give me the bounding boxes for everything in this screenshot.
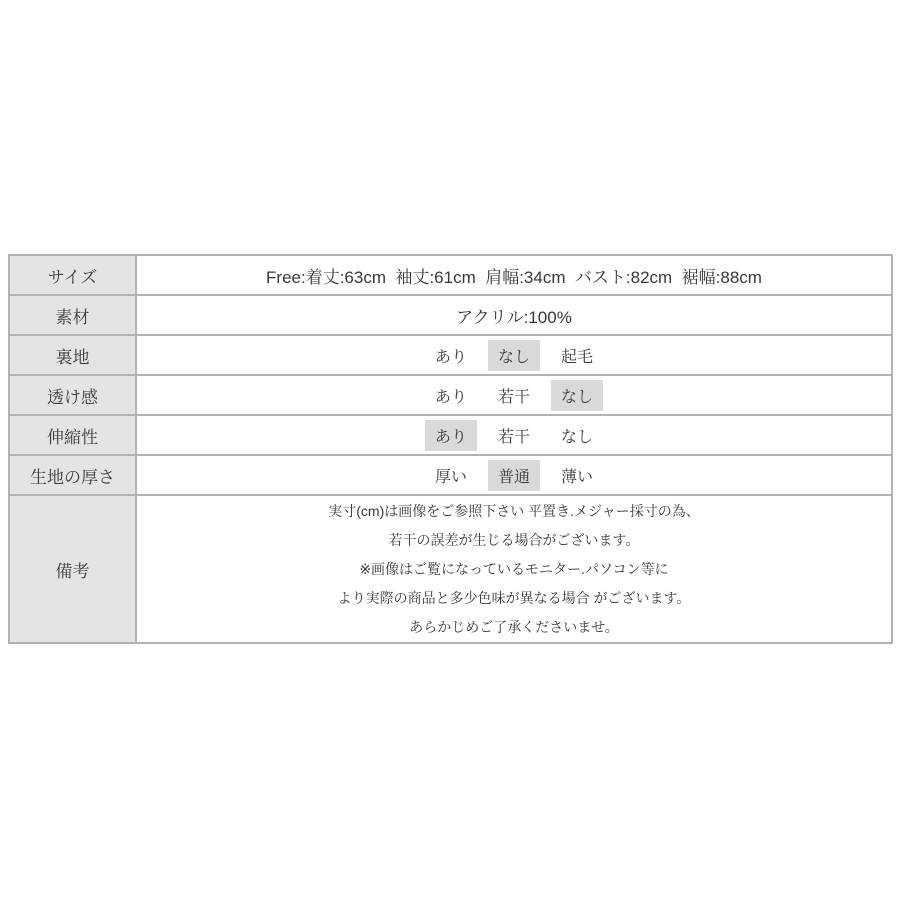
- notes-line: 実寸(cm)は画像をご参照下さい 平置き.メジャー採寸の為、: [137, 497, 891, 526]
- row-label-notes: 備考: [9, 495, 136, 643]
- table-row-lining: 裏地 あり なし 起毛: [9, 335, 892, 375]
- product-spec-page: サイズ Free:着丈:63cm 袖丈:61cm 肩幅:34cm バスト:82c…: [0, 0, 900, 900]
- notes-line: あらかじめご了承くださいませ。: [137, 613, 891, 642]
- size-value: Free:着丈:63cm 袖丈:61cm 肩幅:34cm バスト:82cm 裾幅…: [136, 255, 892, 295]
- option-ari: あり: [425, 340, 477, 371]
- option-usui: 薄い: [551, 460, 603, 491]
- product-spec-table: サイズ Free:着丈:63cm 袖丈:61cm 肩幅:34cm バスト:82c…: [8, 254, 893, 644]
- option-jakkan: 若干: [488, 420, 540, 451]
- stretch-value: あり 若干 なし: [136, 415, 892, 455]
- option-ari: あり: [425, 380, 477, 411]
- material-value: アクリル:100%: [136, 295, 892, 335]
- table-row-thickness: 生地の厚さ 厚い 普通 薄い: [9, 455, 892, 495]
- table-row-notes: 備考 実寸(cm)は画像をご参照下さい 平置き.メジャー採寸の為、 若干の誤差が…: [9, 495, 892, 643]
- table-row-material: 素材 アクリル:100%: [9, 295, 892, 335]
- option-nashi: なし: [551, 420, 603, 451]
- table-row-size: サイズ Free:着丈:63cm 袖丈:61cm 肩幅:34cm バスト:82c…: [9, 255, 892, 295]
- thickness-value: 厚い 普通 薄い: [136, 455, 892, 495]
- option-atsui: 厚い: [425, 460, 477, 491]
- option-nashi: なし: [551, 380, 603, 411]
- notes-line: ※画像はご覧になっているモニター.パソコン等に: [137, 555, 891, 584]
- stretch-options: あり 若干 なし: [137, 420, 891, 451]
- table-row-sheerness: 透け感 あり 若干 なし: [9, 375, 892, 415]
- sheerness-value: あり 若干 なし: [136, 375, 892, 415]
- row-label-sheerness: 透け感: [9, 375, 136, 415]
- table-row-stretch: 伸縮性 あり 若干 なし: [9, 415, 892, 455]
- row-label-lining: 裏地: [9, 335, 136, 375]
- notes-line: より実際の商品と多少色味が異なる場合 がございます。: [137, 584, 891, 613]
- option-ari: あり: [425, 420, 477, 451]
- option-kimou: 起毛: [551, 340, 603, 371]
- lining-options: あり なし 起毛: [137, 340, 891, 371]
- option-jakkan: 若干: [488, 380, 540, 411]
- sheerness-options: あり 若干 なし: [137, 380, 891, 411]
- lining-value: あり なし 起毛: [136, 335, 892, 375]
- thickness-options: 厚い 普通 薄い: [137, 460, 891, 491]
- row-label-size: サイズ: [9, 255, 136, 295]
- row-label-thickness: 生地の厚さ: [9, 455, 136, 495]
- row-label-material: 素材: [9, 295, 136, 335]
- notes-value: 実寸(cm)は画像をご参照下さい 平置き.メジャー採寸の為、 若干の誤差が生じる…: [136, 495, 892, 643]
- notes-line: 若干の誤差が生じる場合がございます。: [137, 526, 891, 555]
- option-futsuu: 普通: [488, 460, 540, 491]
- option-nashi: なし: [488, 340, 540, 371]
- row-label-stretch: 伸縮性: [9, 415, 136, 455]
